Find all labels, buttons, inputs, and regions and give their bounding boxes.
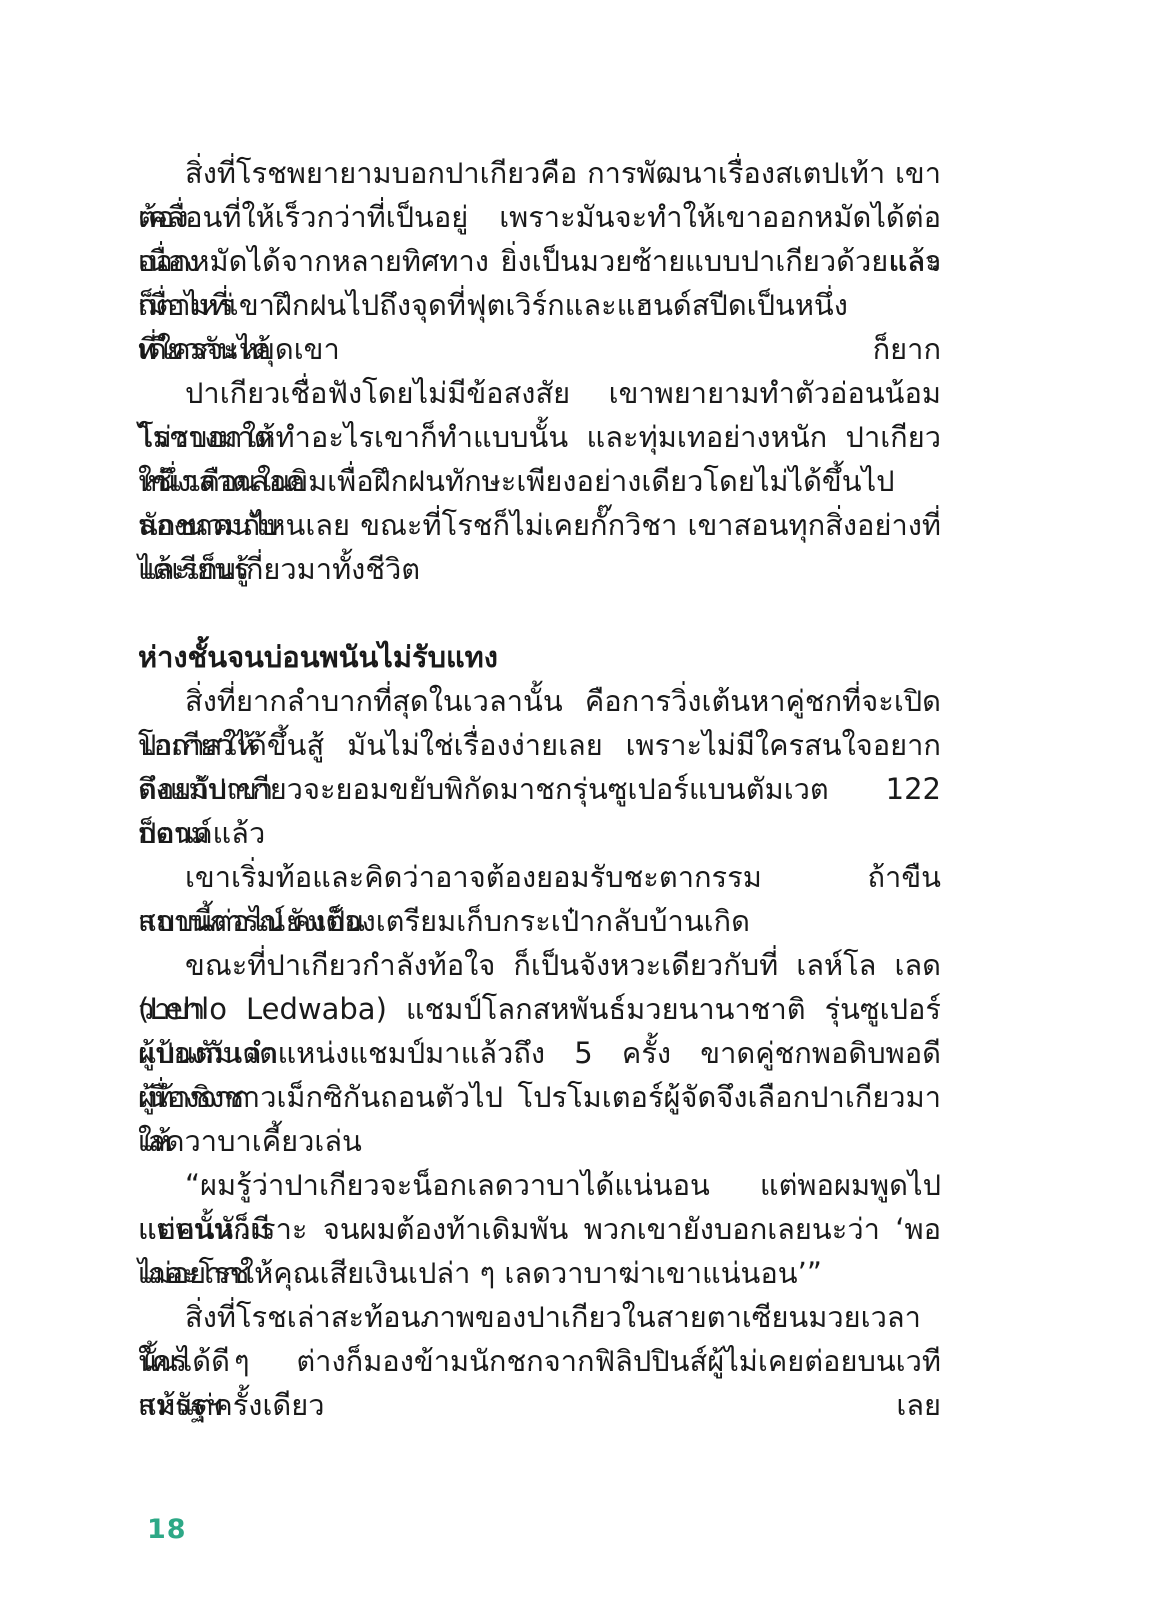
book-page: สิ่งที่โรชพยายามบอกปาเกียวคือ การพัฒนาเร… (0, 0, 1151, 1621)
text-line: ใคร ๆ ต่างก็มองข้ามนักชกจากฟิลิปปินส์ผู้… (138, 1339, 941, 1383)
text-line: แต่คนหัวเราะ จนผมต้องท้าเดิมพัน พวกเขายั… (138, 1207, 941, 1251)
text-line: นักชกคนไหนเลย ขณะที่โรชก็ไม่เคยกั๊กวิชา … (138, 503, 941, 547)
text-line: ปาเกียวได้ขึ้นสู้ มันไม่ใช่เรื่องง่ายเลย… (138, 723, 941, 767)
text-line: สิ่งที่โรชเล่าสะท้อนภาพของปาเกียวในสายตา… (138, 1295, 941, 1339)
paragraph: สิ่งที่โรชพยายามบอกปาเกียวคือ การพัฒนาเร… (138, 151, 941, 371)
text-line: ถึงแม้ปาเกียวจะยอมขยับพิกัดมาชกรุ่นซูเปอ… (138, 767, 941, 811)
paragraph: สิ่งที่โรชเล่าสะท้อนภาพของปาเกียวในสายตา… (138, 1295, 941, 1427)
text-line: “ผมรู้ว่าปาเกียวจะน็อกเลดวาบาได้แน่นอน แ… (138, 1163, 941, 1207)
text-line: ผู้ป้องกันตำแหน่งแชมป์มาแล้วถึง 5 ครั้ง … (138, 1031, 941, 1075)
text-line: แบบนี้ต่อไป คงต้องเตรียมเก็บกระเป๋ากลับบ… (138, 899, 941, 943)
text-line: (Lehlo Ledwaba) แชมป์โลกสหพันธ์มวยนานาชา… (138, 987, 941, 1031)
text-line: โรชบอกให้ทำอะไรเขาก็ทำแบบนั้น และทุ่มเทอ… (138, 415, 941, 459)
text-line: เขาเริ่มท้อและคิดว่าอาจต้องยอมรับชะตากรร… (138, 855, 941, 899)
text-line: ปาเกียวเชื่อฟังโดยไม่มีข้อสงสัย เขาพยายา… (138, 371, 941, 415)
section-heading: ห่างชั้นจนบ่อนพนันไม่รับแทง (138, 635, 941, 679)
paragraph: ขณะที่ปาเกียวกำลังท้อใจ ก็เป็นจังหวะเดีย… (138, 943, 941, 1163)
paragraph: สิ่งที่ยากลำบากที่สุดในเวลานั้น คือการวิ… (138, 679, 941, 855)
text-line: สิ่งที่ยากลำบากที่สุดในเวลานั้น คือการวิ… (138, 679, 941, 723)
text-line: และเก็บเกี่ยวมาทั้งชีวิต (138, 547, 941, 591)
text-line: หนึ่งเดือนในยิมเพื่อฝึกฝนทักษะเพียงอย่าง… (138, 459, 941, 503)
text-line: ก็ตามที่เขาฝึกฝนไปถึงจุดที่ฟุตเวิร์กและแ… (138, 283, 941, 327)
page-body-text: สิ่งที่โรชพยายามบอกปาเกียวคือ การพัฒนาเร… (138, 151, 941, 1427)
page-number: 18 (147, 1512, 187, 1548)
text-line: ออกหมัดได้จากหลายทิศทาง ยิ่งเป็นมวยซ้ายแ… (138, 239, 941, 283)
text-line: เคลื่อนที่ให้เร็วกว่าที่เป็นอยู่ เพราะมั… (138, 195, 941, 239)
text-line: ผู้ท้าชิงชาวเม็กซิกันถอนตัวไป โปรโมเตอร์… (138, 1075, 941, 1119)
paragraph: เขาเริ่มท้อและคิดว่าอาจต้องยอมรับชะตากรร… (138, 855, 941, 943)
paragraph: “ผมรู้ว่าปาเกียวจะน็อกเลดวาบาได้แน่นอน แ… (138, 1163, 941, 1295)
paragraph: ปาเกียวเชื่อฟังโดยไม่มีข้อสงสัย เขาพยายา… (138, 371, 941, 591)
text-line: สิ่งที่โรชพยายามบอกปาเกียวคือ การพัฒนาเร… (138, 151, 941, 195)
text-line: ไม่อยากให้คุณเสียเงินเปล่า ๆ เลดวาบาฆ่าเ… (138, 1251, 941, 1295)
text-line: ขณะที่ปาเกียวกำลังท้อใจ ก็เป็นจังหวะเดีย… (138, 943, 941, 987)
text-line: เลดวาบาเคี้ยวเล่น (138, 1119, 941, 1163)
